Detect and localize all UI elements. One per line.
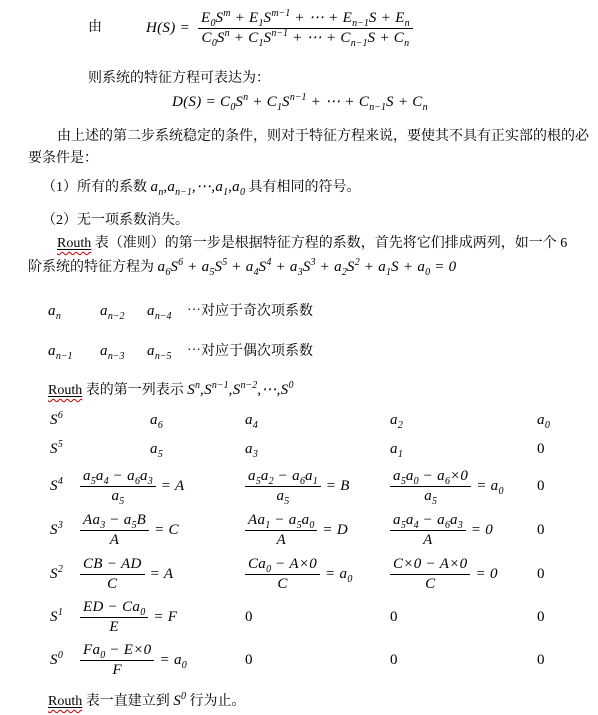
condition-item-1: （1）所有的系数 an,an−1,⋯,a1,a0 具有相同的符号。 xyxy=(42,176,360,196)
table-cell: 0 xyxy=(535,522,575,539)
table-row-s2: S2 CB − ADC= A Ca0 − A×0C= a0 C×0 − A×0C… xyxy=(50,552,582,596)
transfer-function-equation: H(S) = E0Sm + E1Sm−1 + ⋯ + En−1S + EnC0S… xyxy=(146,9,413,48)
table-cell: a1 xyxy=(390,441,535,458)
routh-line1-text: 表（准则）的第一步是根据特征方程的系数，首先将它们排成两列，如一个 6 xyxy=(91,236,567,251)
coeff-cell: an−3 xyxy=(100,343,147,360)
first-column-text: 表的第一列表示 xyxy=(82,383,187,398)
table-cell: a2 xyxy=(390,412,535,429)
routh-paragraph-line2: 阶系统的特征方程为 a6S6 + a5S5 + a4S4 + a3S3 + a2… xyxy=(28,256,456,276)
coeff-cell: an−5 xyxy=(147,343,187,360)
table-cell: a0 xyxy=(535,412,575,429)
coeff-row-note: ⋯对应于偶次项系数 xyxy=(187,340,313,360)
coefficient-row-even: an−1 an−3 an−5 ⋯对应于偶次项系数 xyxy=(48,340,313,360)
table-cell: Aa1 − a5a0A= D xyxy=(245,511,390,550)
table-cell: 0 xyxy=(245,652,390,669)
table-cell: Fa0 − E×0F= a0 xyxy=(80,641,245,680)
table-cell: a5 xyxy=(80,441,245,458)
table-cell: a5a4 − a6a3A= 0 xyxy=(390,511,535,550)
table-row-s1: S1 ED − Ca0E= F 0 0 0 xyxy=(50,596,582,638)
characteristic-eq-label: 则系统的特征方程可表达为： xyxy=(88,67,270,87)
table-cell: ED − Ca0E= F xyxy=(80,598,245,637)
paragraph-line: 要条件是： xyxy=(28,147,98,167)
coeff-row-note: ⋯对应于奇次项系数 xyxy=(187,300,313,320)
footer-text-end: 行为止。 xyxy=(186,694,246,709)
first-column-sentence: Routh 表的第一列表示 Sn,Sn−1,Sn−2,⋯,S0 xyxy=(48,379,293,399)
characteristic-equation: D(S) = C0Sn + C1Sn−1 + ⋯ + Cn−1S + Cn xyxy=(172,92,428,111)
table-cell: C×0 − A×0C= 0 xyxy=(390,555,535,594)
routh-word-underlined: Routh xyxy=(57,236,91,251)
table-cell: 0 xyxy=(390,609,535,626)
table-cell: a4 xyxy=(245,412,390,429)
routh-table: S6 a6 a4 a2 a0 S5 a5 a3 a1 0 S4 a5a4 − a… xyxy=(50,406,582,682)
coeff-cell: an−2 xyxy=(100,303,147,320)
table-row-s3: S3 Aa3 − a5BA= C Aa1 − a5a0A= D a5a4 − a… xyxy=(50,508,582,552)
row-label: S2 xyxy=(50,566,80,583)
hs-fraction: E0Sm + E1Sm−1 + ⋯ + En−1S + EnC0Sn + C1S… xyxy=(198,9,413,48)
table-cell: 0 xyxy=(535,566,575,583)
document-page: 由 H(S) = E0Sm + E1Sm−1 + ⋯ + En−1S + EnC… xyxy=(0,0,598,715)
table-cell: Aa3 − a5BA= C xyxy=(80,511,245,550)
routh-line2-prefix: 阶系统的特征方程为 xyxy=(28,260,154,275)
routh-word-underlined: Routh xyxy=(48,694,82,709)
table-cell: a5a0 − a6×0a5= a0 xyxy=(390,467,535,506)
routh-paragraph-line1: Routh 表（准则）的第一步是根据特征方程的系数，首先将它们排成两列，如一个 … xyxy=(57,232,567,252)
paragraph-line: 由上述的第二步系统稳定的条件，则对于特征方程来说，要使其不具有正实部的根的必 xyxy=(57,125,589,145)
coeff-cell: an−1 xyxy=(48,343,100,360)
table-cell: a5a4 − a6a3a5= A xyxy=(80,467,245,506)
s-powers-list: Sn,Sn−1,Sn−2,⋯,S0 xyxy=(187,382,293,398)
table-cell: a5a2 − a6a1a5= B xyxy=(245,467,390,506)
row-label: S5 xyxy=(50,441,80,458)
row-label: S6 xyxy=(50,412,80,429)
table-cell: 0 xyxy=(535,652,575,669)
table-cell: CB − ADC= A xyxy=(80,555,245,594)
row-label: S4 xyxy=(50,478,80,495)
coeff-cell: an xyxy=(48,303,100,320)
table-cell: 0 xyxy=(535,609,575,626)
table-cell: Ca0 − A×0C= a0 xyxy=(245,555,390,594)
table-cell: 0 xyxy=(535,441,575,458)
condition-item-2: （2）无一项系数消失。 xyxy=(42,209,189,229)
table-cell: 0 xyxy=(245,609,390,626)
footer-sentence: Routh 表一直建立到 S0 行为止。 xyxy=(48,690,246,710)
table-row-s4: S4 a5a4 − a6a3a5= A a5a2 − a6a1a5= B a5a… xyxy=(50,464,582,508)
row-label: S3 xyxy=(50,522,80,539)
item1-coefficients: an,an−1,⋯,a1,a0 xyxy=(151,179,245,195)
routh-word-underlined: Routh xyxy=(48,383,82,398)
table-cell: 0 xyxy=(535,478,575,495)
s0-symbol: S0 xyxy=(173,693,186,709)
row-label: S1 xyxy=(50,609,80,626)
table-cell: a3 xyxy=(245,441,390,458)
row-label: S0 xyxy=(50,652,80,669)
table-row-s6: S6 a6 a4 a2 a0 xyxy=(50,406,582,434)
spellcheck-squiggle: Routh xyxy=(48,383,82,398)
coefficient-row-odd: an an−2 an−4 ⋯对应于奇次项系数 xyxy=(48,300,313,320)
spellcheck-squiggle: Routh xyxy=(48,694,82,709)
item1-suffix: 具有相同的符号。 xyxy=(248,180,360,195)
footer-text: 表一直建立到 xyxy=(82,694,173,709)
hs-lhs: H(S) = xyxy=(146,20,190,37)
table-row-s0: S0 Fa0 − E×0F= a0 0 0 0 xyxy=(50,638,582,682)
lead-word: 由 xyxy=(88,16,102,36)
table-cell: 0 xyxy=(390,652,535,669)
coeff-cell: an−4 xyxy=(147,303,187,320)
sixth-order-equation: a6S6 + a5S5 + a4S4 + a3S3 + a2S2 + a1S +… xyxy=(158,259,457,275)
spellcheck-squiggle: Routh xyxy=(57,236,91,251)
table-cell: a6 xyxy=(80,412,245,429)
table-row-s5: S5 a5 a3 a1 0 xyxy=(50,434,582,464)
item1-prefix: （1）所有的系数 xyxy=(42,180,147,195)
